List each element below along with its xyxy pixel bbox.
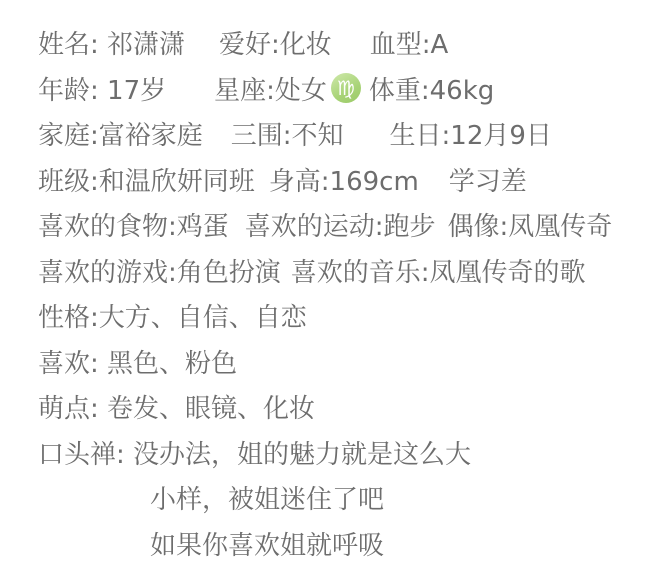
field-favorite-food: 喜欢的食物:鸡蛋: [38, 206, 229, 243]
field-blood-type: 血型:A: [370, 24, 449, 61]
profile-line-catchphrase-2: 小样，被姐迷住了吧: [38, 475, 653, 521]
field-zodiac: 星座:处女: [214, 70, 327, 107]
profile-line-family: 家庭:富裕家庭 三围:不知 生日:12月9日: [38, 111, 653, 157]
profile-line-favorites-2: 喜欢的游戏:角色扮演 喜欢的音乐:凤凰传奇的歌: [38, 248, 653, 294]
profile-line-colors: 喜欢: 黑色、粉色: [38, 339, 653, 385]
profile-line-moe: 萌点: 卷发、眼镜、化妆: [38, 384, 653, 430]
profile-line-age: 年龄: 17岁 星座:处女 ♍ 体重:46kg: [38, 66, 653, 112]
field-measurements: 三围:不知: [231, 115, 344, 152]
field-name: 姓名: 祁潇潇: [38, 24, 185, 61]
field-birthday: 生日:12月9日: [390, 115, 552, 152]
field-catchphrase-2: 小样，被姐迷住了吧: [150, 479, 384, 516]
field-favorite-game: 喜欢的游戏:角色扮演: [38, 252, 281, 289]
profile-line-catchphrase-1: 口头禅: 没办法，姐的魅力就是这么大: [38, 430, 653, 476]
field-idol: 偶像:凤凰传奇: [448, 206, 613, 243]
field-catchphrase-1: 口头禅: 没办法，姐的魅力就是这么大: [38, 434, 471, 471]
profile-line-catchphrase-3: 如果你喜欢姐就呼吸: [38, 521, 653, 567]
virgo-icon: ♍: [331, 73, 361, 103]
virgo-glyph: ♍: [337, 78, 355, 98]
field-catchphrase-3: 如果你喜欢姐就呼吸: [150, 525, 384, 562]
profile-line-favorites-1: 喜欢的食物:鸡蛋 喜欢的运动:跑步 偶像:凤凰传奇: [38, 202, 653, 248]
field-height: 身高:169cm: [269, 161, 419, 198]
field-study: 学习差: [449, 161, 527, 198]
field-weight: 体重:46kg: [369, 70, 494, 107]
field-personality: 性格:大方、自信、自恋: [38, 297, 307, 334]
profile-line-identity: 姓名: 祁潇潇 爱好:化妆 血型:A: [38, 20, 653, 66]
field-class: 班级:和温欣妍同班: [38, 161, 255, 198]
profile-line-class: 班级:和温欣妍同班 身高:169cm 学习差: [38, 157, 653, 203]
profile-line-personality: 性格:大方、自信、自恋: [38, 293, 653, 339]
character-profile-card: 姓名: 祁潇潇 爱好:化妆 血型:A 年龄: 17岁 星座:处女 ♍ 体重:46…: [0, 0, 659, 585]
field-favorite-sport: 喜欢的运动:跑步: [245, 206, 436, 243]
field-hobby: 爱好:化妆: [219, 24, 332, 61]
field-age: 年龄: 17岁: [38, 70, 166, 107]
field-family: 家庭:富裕家庭: [38, 115, 203, 152]
field-moe-points: 萌点: 卷发、眼镜、化妆: [38, 388, 315, 425]
field-favorite-music: 喜欢的音乐:凤凰传奇的歌: [291, 252, 586, 289]
field-favorite-colors: 喜欢: 黑色、粉色: [38, 343, 237, 380]
